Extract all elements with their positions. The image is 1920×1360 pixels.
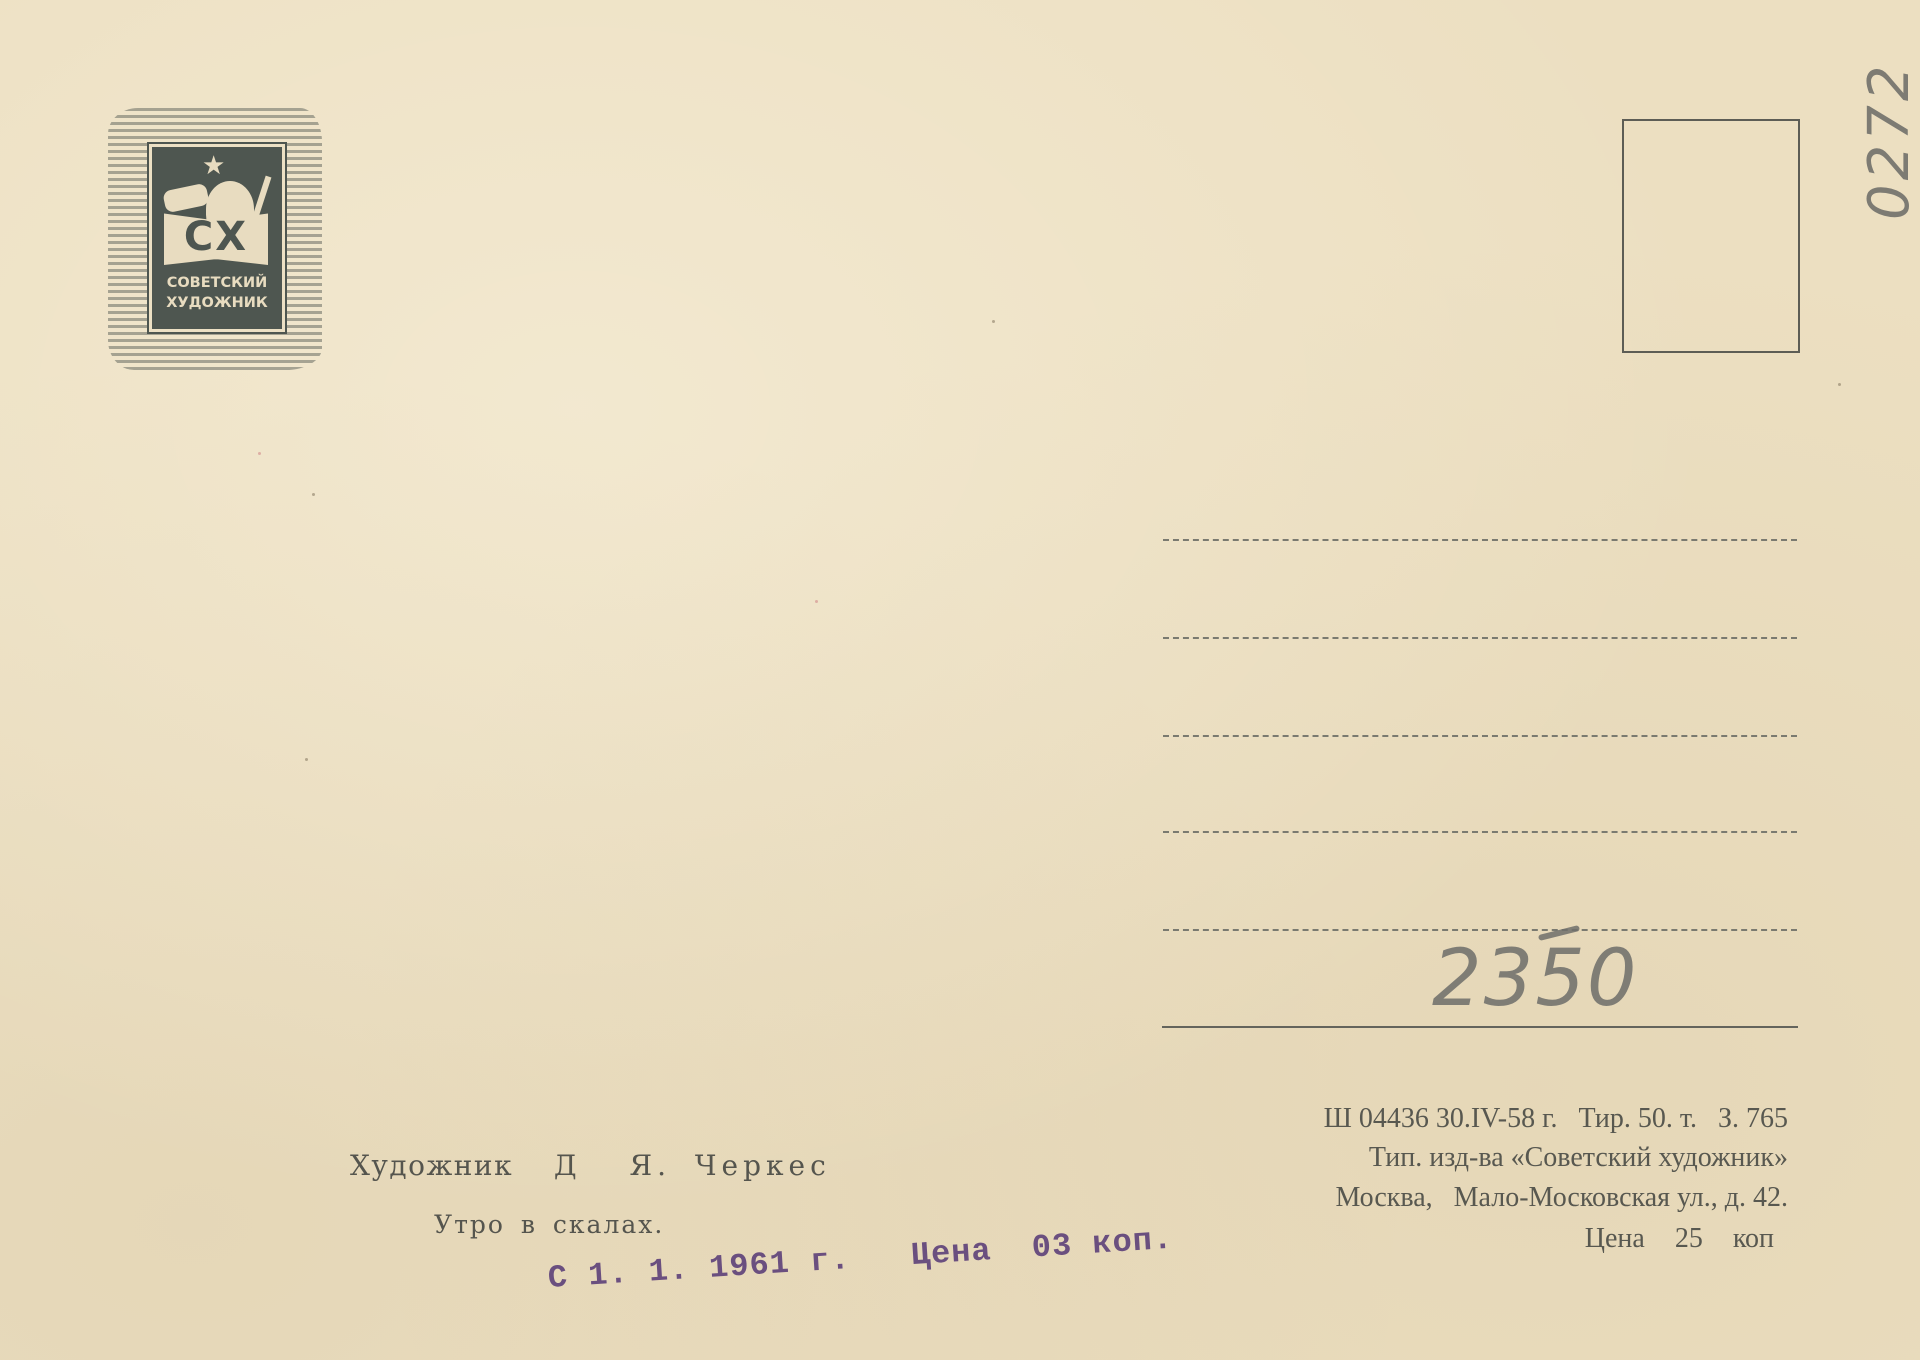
publisher-logo: ★ СХ СОВЕТСКИЙ ХУДОЖНИК (108, 108, 322, 370)
artwork-title: Утро в скалах. (434, 1210, 664, 1239)
imprint-line-3: Москва, Мало-Московская ул., д. 42. (1120, 1181, 1788, 1215)
paper-speck (312, 493, 315, 496)
handwritten-catalog-number: 0272 (1860, 100, 1920, 220)
address-line-2 (1163, 637, 1797, 639)
paper-speck (258, 452, 261, 455)
imprint-line-1: Ш 04436 30.IV-58 г. Тир. 50. т. З. 765 (1120, 1102, 1788, 1136)
logo-line-1: СОВЕТСКИЙ (152, 275, 282, 292)
handwritten-price-note: 2350 (1432, 934, 1662, 1024)
postage-stamp-box (1622, 119, 1800, 353)
address-line-3 (1163, 735, 1797, 737)
address-line-4 (1163, 831, 1797, 833)
paper-speck (992, 320, 995, 323)
star-icon: ★ (202, 153, 225, 179)
logo-line-2: ХУДОЖНИК (152, 295, 282, 312)
imprint-line-2: Тип. изд-ва «Советский художник» (1120, 1141, 1788, 1175)
paper-speck (305, 758, 308, 761)
address-line-1 (1163, 539, 1797, 541)
logo-monogram: СХ (176, 213, 256, 261)
imprint-price: Цена 25 коп (1120, 1222, 1788, 1256)
artist-credit: Художник Д Я. Черкес (350, 1149, 831, 1182)
address-line-5 (1163, 929, 1797, 931)
address-line-solid (1162, 1026, 1798, 1028)
artist-label: Художник (350, 1149, 513, 1182)
paper-speck (1838, 383, 1841, 386)
paper-speck (815, 600, 818, 603)
artist-name: Д Я. Черкес (554, 1149, 831, 1182)
logo-panel: ★ СХ СОВЕТСКИЙ ХУДОЖНИК (149, 144, 285, 332)
scroll-icon (162, 183, 210, 214)
